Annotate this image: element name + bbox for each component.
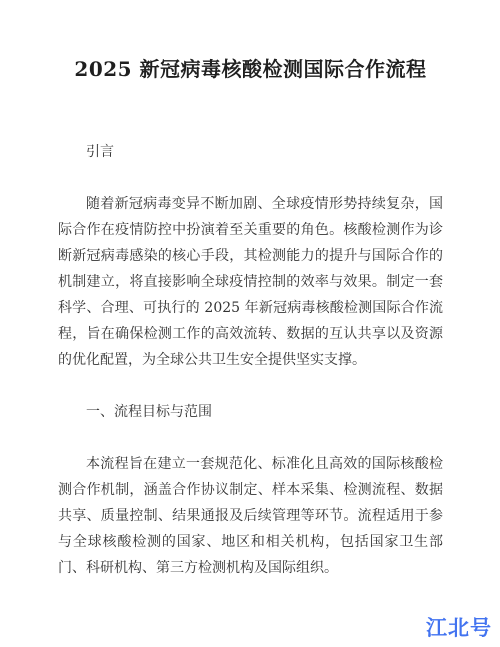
paragraph-intro: 随着新冠病毒变异不断加剧、全球疫情形势持续复杂，国际合作在疫情防控中扮演着至关重… bbox=[58, 191, 443, 373]
document-page: 2025 新冠病毒核酸检测国际合作流程 引言 随着新冠病毒变异不断加剧、全球疫情… bbox=[0, 0, 500, 647]
watermark-badge: 江北号 bbox=[426, 612, 492, 642]
paragraph-goals-scope: 本流程旨在建立一套规范化、标准化且高效的国际核酸检测合作机制，涵盖合作协议制定、… bbox=[58, 451, 443, 581]
document-title: 2025 新冠病毒核酸检测国际合作流程 bbox=[58, 54, 443, 84]
section-heading-goals-scope: 一、流程目标与范围 bbox=[58, 399, 443, 425]
section-goals-scope: 一、流程目标与范围 本流程旨在建立一套规范化、标准化且高效的国际核酸检测合作机制… bbox=[58, 399, 443, 581]
section-heading-intro: 引言 bbox=[58, 139, 443, 165]
section-intro: 引言 随着新冠病毒变异不断加剧、全球疫情形势持续复杂，国际合作在疫情防控中扮演着… bbox=[58, 139, 443, 373]
